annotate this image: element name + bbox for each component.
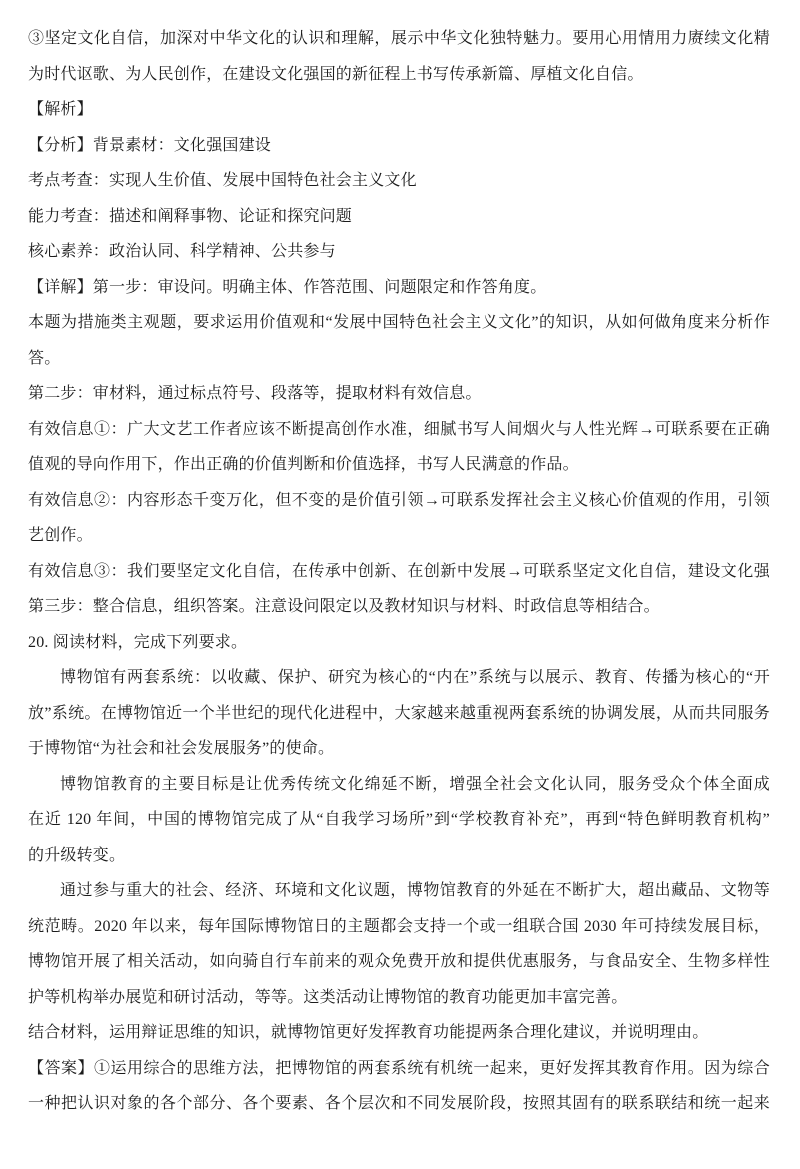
answer20-line-2: 一种把认识对象的各个部分、各个要素、各个层次和不同发展阶段，按照其固有的联系联结… bbox=[28, 1086, 770, 1122]
answer19-point3-line-2: 为时代讴歌、为人民创作，在建设文化强国的新征程上书写传承新篇、厚植文化自信。 bbox=[28, 57, 770, 93]
detail-step1-heading-line: 【详解】第一步：审设问。明确主体、作答范围、问题限定和作答角度。 bbox=[28, 270, 770, 306]
material-para2-line-2: 在近 120 年间，中国的博物馆完成了从“自我学习场所”到“学校教育补充”，再到… bbox=[28, 802, 770, 838]
document-page: ③坚定文化自信，加深对中华文化的认识和理解，展示中华文化独特魅力。要用心用情用力… bbox=[0, 0, 800, 1169]
detail-step1-body-line-2: 答。 bbox=[28, 341, 770, 377]
effective-info1-line-1: 有效信息①：广大文艺工作者应该不断提高创作水准，细腻书写人间烟火与人性光辉→可联… bbox=[28, 412, 770, 448]
material-para3-line-2: 统范畴。2020 年以来，每年国际博物馆日的主题都会支持一个或一组联合国 203… bbox=[28, 909, 770, 945]
effective-info1-line-2: 值观的导向作用下，作出正确的价值判断和价值选择，书写人民满意的作品。 bbox=[28, 447, 770, 483]
ability-check-line: 能力考查：描述和阐释事物、论证和探究问题 bbox=[28, 199, 770, 235]
effective-info3-line: 有效信息③：我们要坚定文化自信，在传承中创新、在创新中发展→可联系坚定文化自信，… bbox=[28, 554, 770, 590]
question20-stem-line: 20. 阅读材料，完成下列要求。 bbox=[28, 625, 770, 661]
material-para1-line-3: 于博物馆“为社会和社会发展服务”的使命。 bbox=[28, 731, 770, 767]
material-para2-line-3: 的升级转变。 bbox=[28, 838, 770, 874]
answer19-point3-line-1: ③坚定文化自信，加深对中华文化的认识和理解，展示中华文化独特魅力。要用心用情用力… bbox=[28, 21, 770, 57]
material-para3-line-3: 博物馆开展了相关活动，如向骑自行车前来的观众免费开放和提供优惠服务，与食品安全、… bbox=[28, 944, 770, 980]
effective-info2-line-2: 艺创作。 bbox=[28, 518, 770, 554]
exam-points-line: 考点考查：实现人生价值、发展中国特色社会主义文化 bbox=[28, 163, 770, 199]
material-para2-line-1: 博物馆教育的主要目标是让优秀传统文化绵延不断，增强全社会文化认同，服务受众个体全… bbox=[28, 767, 770, 803]
answer20-line-1: 【答案】①运用综合的思维方法，把博物馆的两套系统有机统一起来，更好发挥其教育作用… bbox=[28, 1051, 770, 1087]
material-para1-line-1: 博物馆有两套系统：以收藏、保护、研究为核心的“内在”系统与以展示、教育、传播为核… bbox=[28, 660, 770, 696]
detail-step3-line: 第三步：整合信息，组织答案。注意设问限定以及教材知识与材料、时政信息等相结合。 bbox=[28, 589, 770, 625]
detail-step1-body-line-1: 本题为措施类主观题，要求运用价值观和“发展中国特色社会主义文化”的知识，从如何做… bbox=[28, 305, 770, 341]
material-para3-line-1: 通过参与重大的社会、经济、环境和文化议题，博物馆教育的外延在不断扩大，超出藏品、… bbox=[28, 873, 770, 909]
effective-info2-line-1: 有效信息②：内容形态千变万化，但不变的是价值引领→可联系发挥社会主义核心价值观的… bbox=[28, 483, 770, 519]
material-para3-line-4: 护等机构举办展览和研讨活动，等等。这类活动让博物馆的教育功能更加丰富完善。 bbox=[28, 980, 770, 1016]
background-material-line: 【分析】背景素材：文化强国建设 bbox=[28, 128, 770, 164]
detail-step2-heading-line: 第二步：审材料，通过标点符号、段落等，提取材料有效信息。 bbox=[28, 376, 770, 412]
analysis-section-label: 【解析】 bbox=[28, 92, 770, 128]
core-literacy-line: 核心素养：政治认同、科学精神、公共参与 bbox=[28, 234, 770, 270]
question20-task-line: 结合材料，运用辩证思维的知识，就博物馆更好发挥教育功能提两条合理化建议，并说明理… bbox=[28, 1015, 770, 1051]
material-para1-line-2: 放”系统。在博物馆近一个半世纪的现代化进程中，大家越来越重视两套系统的协调发展，… bbox=[28, 696, 770, 732]
